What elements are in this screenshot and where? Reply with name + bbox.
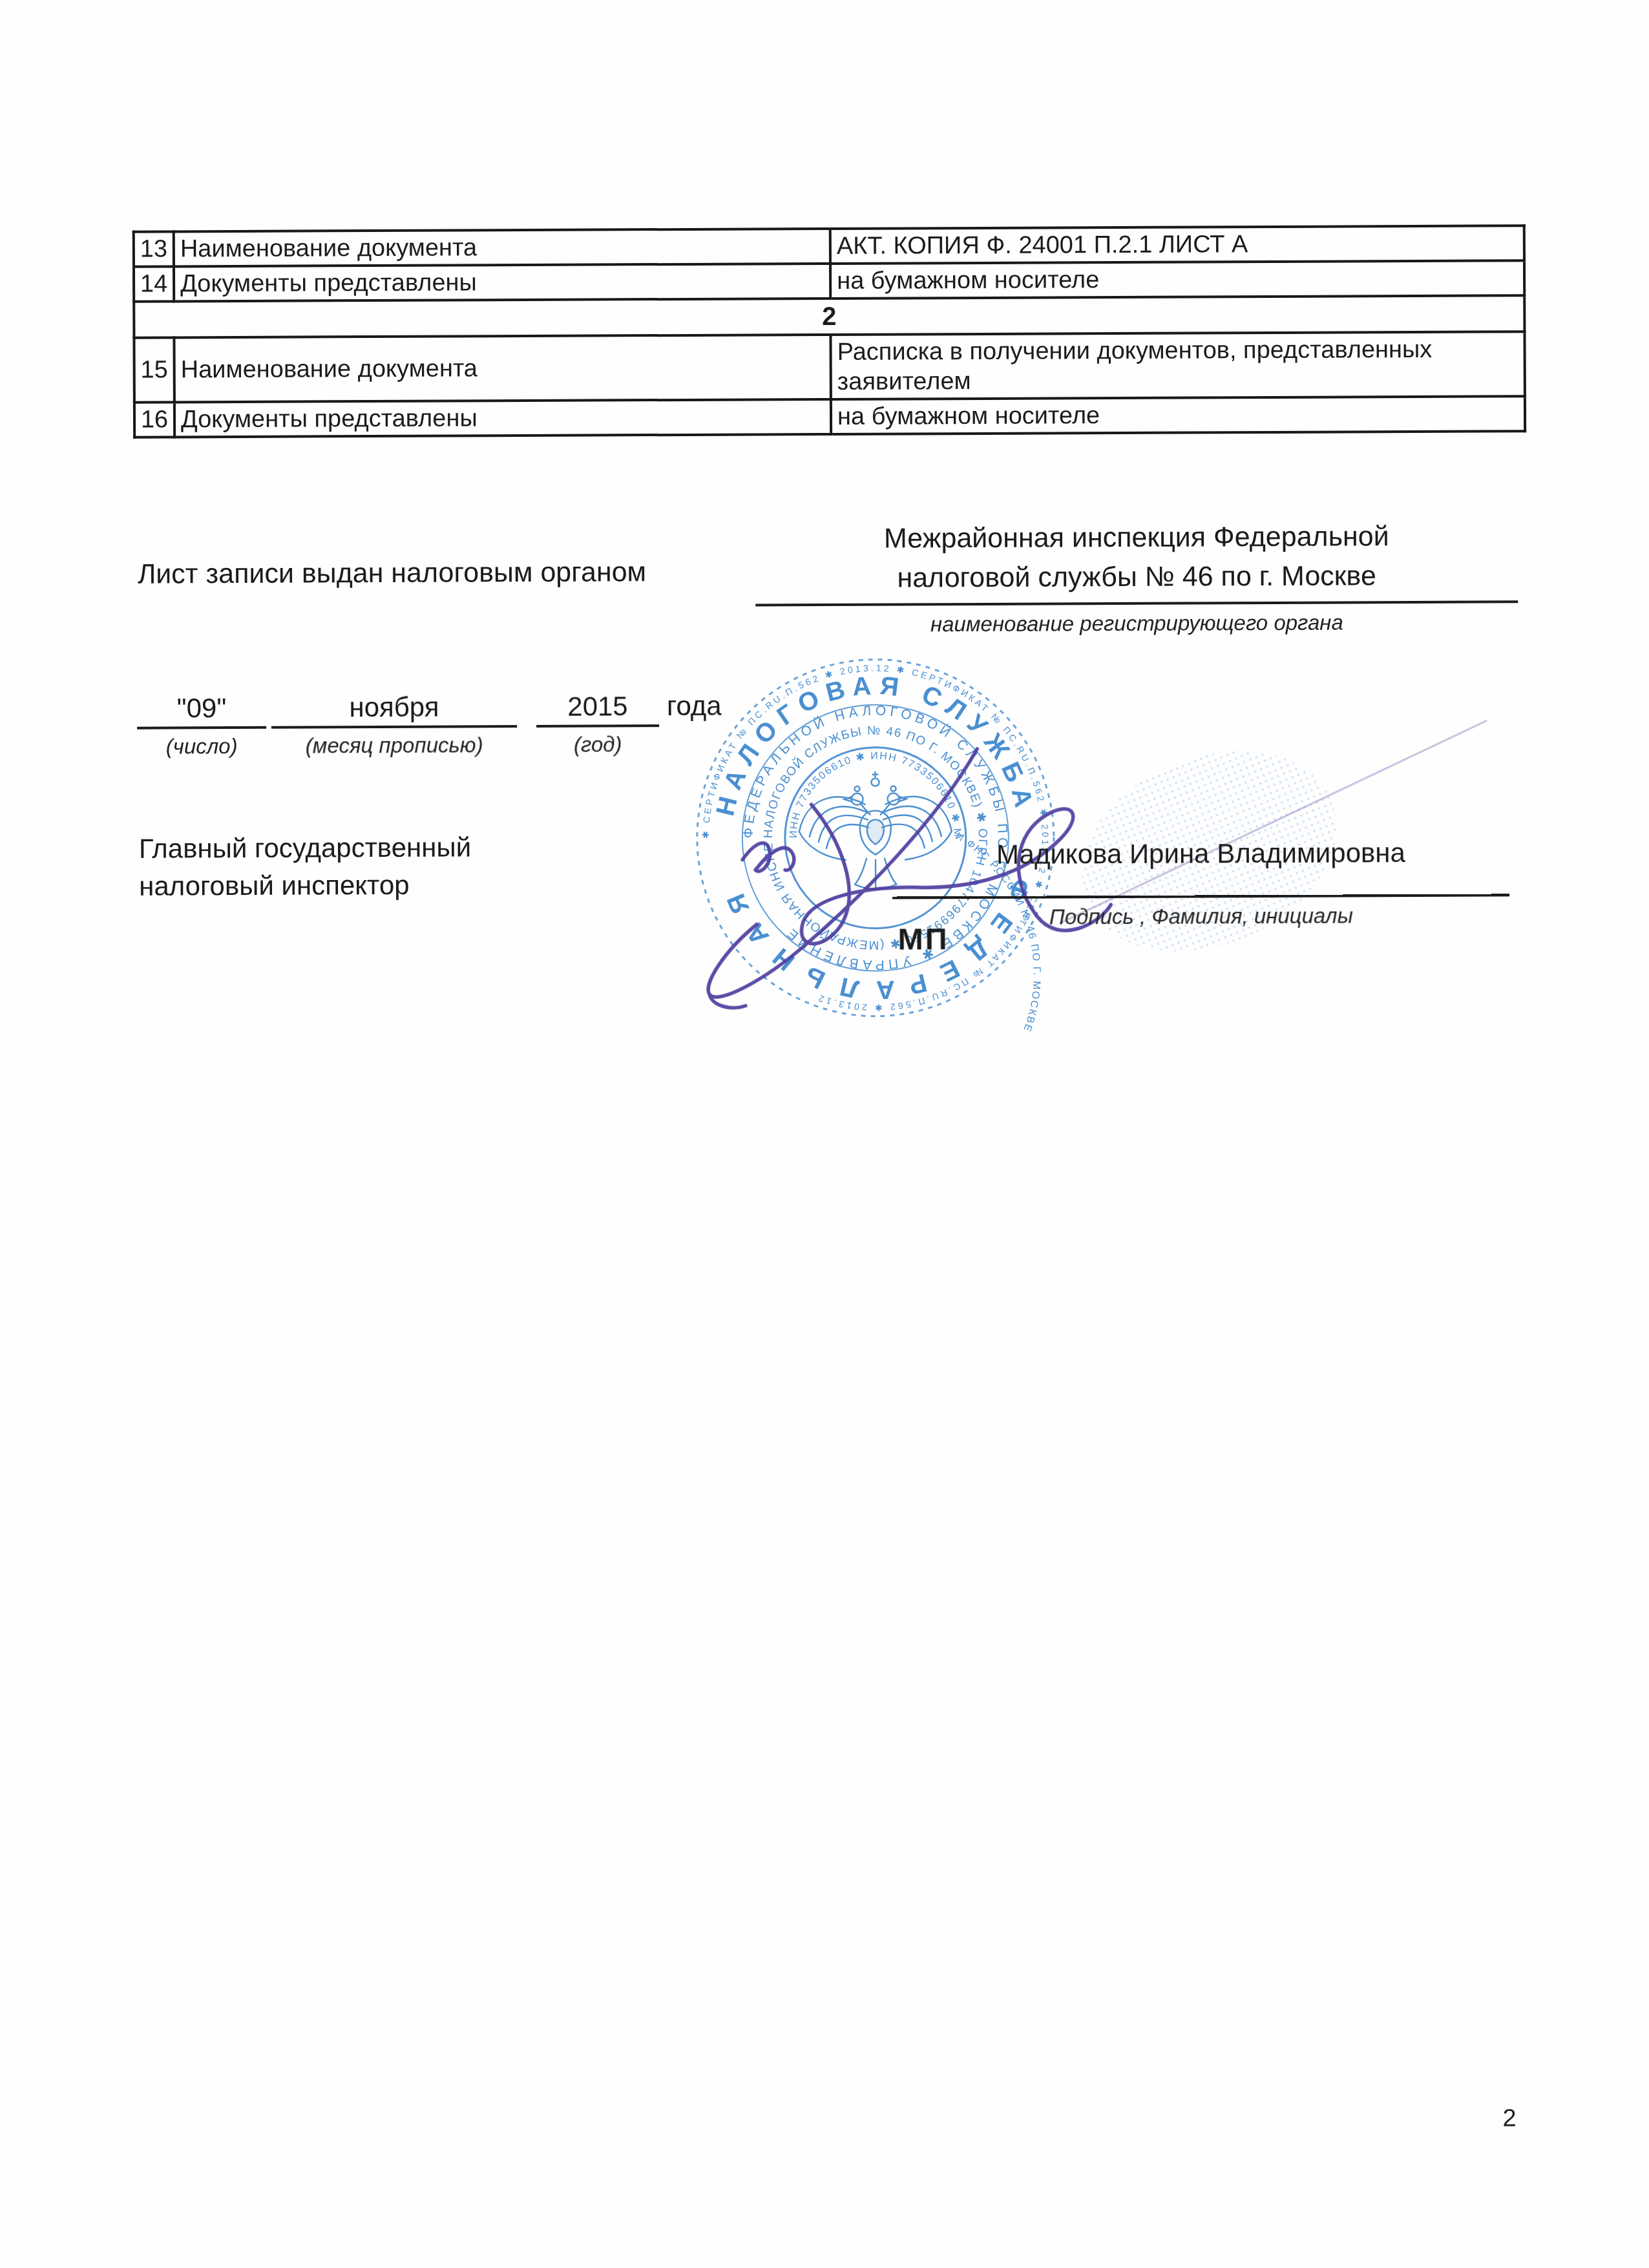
date-day-caption: (число) [137,734,266,759]
date-month-caption: (месяц прописью) [271,733,517,759]
scanned-content: 13 Наименование документа АКТ. КОПИЯ Ф. … [0,0,1649,2268]
date-month-underline [271,725,517,729]
row-number: 15 [134,337,174,402]
row-number: 16 [134,402,174,437]
row-label: Наименование документа [174,229,830,266]
row-label: Документы представлены [174,399,831,437]
document-page: 13 Наименование документа АКТ. КОПИЯ Ф. … [0,0,1649,2268]
documents-table: 13 Наименование документа АКТ. КОПИЯ Ф. … [132,224,1526,438]
officer-name: Мадикова Ирина Владимировна [892,837,1509,870]
page-number: 2 [1502,2105,1516,2132]
row-value: на бумажном носителе [831,396,1525,434]
row-label: Документы представлены [174,264,830,301]
signature-stroke [708,749,978,997]
table-row: 15 Наименование документа Расписка в пол… [134,331,1524,402]
registering-authority: Межрайонная инспекция Федеральной налого… [755,516,1518,637]
date-year-caption: (год) [536,732,659,757]
handwritten-signature [646,675,1553,1067]
table-row: 14 Документы представлены на бумажном но… [134,260,1524,301]
date-day-field: "09" (число) [137,690,266,759]
officer-title: Главный государственный налоговый инспек… [139,828,472,905]
row-number: 14 [134,266,174,301]
authority-name-line1: Межрайонная инспекция Федеральной [755,516,1518,559]
row-value: на бумажном носителе [830,260,1524,299]
date-day-underline [137,726,266,730]
date-year-value: 2015 [536,688,659,725]
signature-caption: Подпись , Фамилия, инициалы [892,903,1509,930]
section-separator: 2 [134,295,1524,337]
date-year-underline [536,724,659,728]
authority-caption: наименование регистрирующего органа [755,609,1518,637]
officer-title-line2: налоговый инспектор [139,866,471,905]
stamp-place-mark: МП [898,921,949,956]
authority-name-line2: налоговой службы № 46 по г. Москве [755,556,1518,598]
issued-by-label: Лист записи выдан налоговым органом [138,556,646,590]
authority-underline [755,600,1518,606]
row-value: АКТ. КОПИЯ Ф. 24001 П.2.1 ЛИСТ А [830,226,1524,264]
row-label: Наименование документа [174,335,830,402]
date-month-field: ноября (месяц прописью) [271,689,517,759]
date-year-suffix: года [667,688,722,724]
officer-title-line1: Главный государственный [139,828,471,867]
table-row: 16 Документы представлены на бумажном но… [134,396,1525,437]
signature-stroke [742,843,794,871]
row-number: 13 [134,231,174,266]
row-value: Расписка в получении документов, предста… [830,331,1524,399]
table-row-separator: 2 [134,295,1524,337]
date-year-field: 2015 (год) [536,688,659,757]
date-month-value: ноября [271,689,517,726]
table-row: 13 Наименование документа АКТ. КОПИЯ Ф. … [134,226,1524,266]
date-day-value: "09" [137,690,266,727]
